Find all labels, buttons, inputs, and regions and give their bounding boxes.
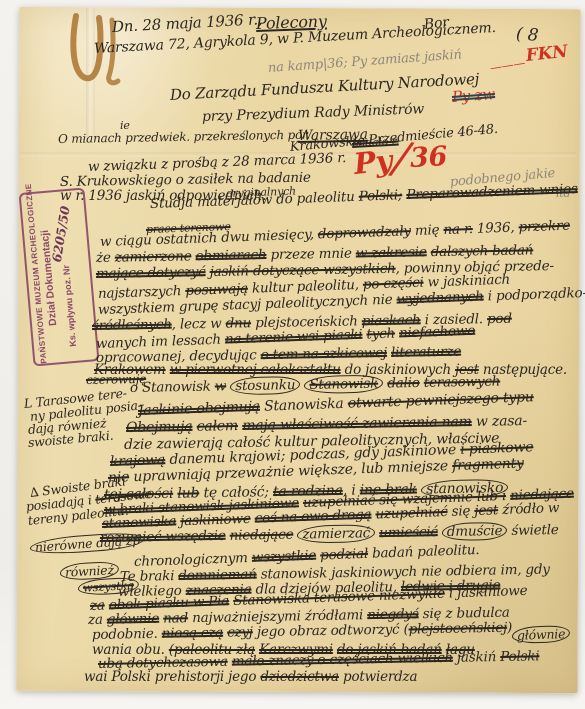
handwriting-line: wai Polski prehistorji jego dziedzictwa … [84,671,417,685]
handwriting-run: zamierzone [115,248,192,265]
handwriting-run: fragmenty [452,455,524,473]
handwriting-run: Jaskinie obejmują [138,399,260,419]
handwriting-run: dziedzictwa [260,669,339,685]
handwriting-run: Stanowiska [260,396,349,415]
handwriting-run: wai Polski prehistorji jego [84,669,260,685]
pencil-note: na kamp|36; Py zamiast jaskiń [268,48,463,75]
margin-note-3: nierówne dają zp [30,534,146,555]
handwriting-run: czyj [227,624,253,640]
handwriting-run: O mianach przedwiek. przekreślonych por. [58,128,310,146]
circled-word: Stanowisk [304,375,383,394]
handwriting-run: mało znaczy o częściach wielkich [232,650,453,670]
handwriting-run: i jaskiniowe [445,583,528,602]
handwriting-run: dalio [387,375,420,392]
handwriting-run: za [88,612,107,628]
handwriting-run: dalszych badań [431,242,534,260]
red-dash: ——— [489,57,526,74]
circled-word: zamierzać [297,524,375,543]
red-36: 36 [409,143,448,172]
red-py: Py [352,146,393,179]
handwriting-run: 36 [409,141,448,174]
handwriting-run: Polski; [358,187,402,205]
circled-word: nierówne dają zp [29,531,145,556]
margin-note-top: O mianach przedwiek. przekreślonych por. [58,129,310,145]
circled-word: dmuście [442,522,508,541]
handwriting-run: że [96,250,115,266]
handwriting-run: FKN [525,42,569,66]
handwriting-run: umieścić [379,524,438,541]
page-number-mark: ( 8 [515,26,539,45]
recipient-line-2: przy Prezydium Rady Ministrów [202,102,425,124]
recipient-line: Do Zarządu Funduszu Kultury Narodowej [170,72,480,103]
handwriting-run: niefachowo [399,323,476,342]
handwriting-run: , lecz w [172,316,226,333]
handwriting-run: otwarte pewniejszego typu [348,389,534,411]
handwriting-layer: Dn. 28 maja 1936 r.,PoleconyBor( 8Warsza… [0,0,585,709]
handwriting-run: podobnie. [92,626,162,643]
handwriting-run: obmiarach [195,247,266,264]
handwriting-run: uzupełniać [375,504,448,523]
handwriting-run: źródło w [498,500,560,518]
handwriting-run: doprowadzały [318,223,412,242]
handwriting-run: podział [320,546,368,564]
handwriting-run: ) [507,620,512,636]
handwriting-run: i podporządko- [483,285,585,305]
handwriting-run: badań paleolitu. [368,542,480,562]
date-line: Dn. 28 maja 1936 r., [112,12,263,35]
handwriting-run: jest [474,502,498,519]
handwriting-run: w pierwotnej całokształtu [170,362,341,378]
handwriting-run: przeze mnie [266,245,356,263]
handwriting-run: Preparowadzeniem wnios [406,181,578,203]
handwriting-line: wszystką [78,580,140,595]
handwriting-run: w zakresie [356,244,427,261]
handwriting-run: pod [487,311,512,327]
insertion-ie: ie [120,120,130,131]
handwriting-run: całem [197,418,239,435]
handwriting-run: wyjednanych [396,289,484,308]
handwriting-run: Py zw [451,85,495,106]
red-fkn: FKN [525,44,568,65]
handwriting-run: 1936, [473,219,519,237]
circled-right: głównie [512,628,571,643]
handwriting-run: mię [411,222,444,239]
handwriting-run: plejstoceńskiej [408,620,507,638]
handwriting-run: Obejmują [126,419,193,436]
handwriting-run: coś na owo drogą [254,507,371,527]
handwriting-run: niedające [230,527,294,544]
handwriting-run: świetle [507,522,558,539]
handwriting-run: potwierdza [339,669,417,685]
handwriting-run: na r. [443,221,473,238]
handwriting-run: dnu [225,315,251,331]
handwriting-run: mające dotyczyć [96,264,206,282]
handwriting-run: ( 8 [515,24,539,46]
handwriting-run: Polski [500,648,539,665]
handwriting-run: na terenie wsi piaski [225,327,363,348]
circled-left: również [60,564,119,580]
handwriting-run: jaskiniowe [180,511,251,529]
handwriting-run: niosą czą [162,625,224,642]
handwriting-run: terasowych [424,374,501,391]
handwriting-run: przekre [518,218,570,236]
circled-word: głównie [512,625,571,644]
red-crossed-note: Py zw [451,87,495,105]
handwriting-run: śródleśnych [92,317,172,334]
handwriting-run: jaskiń [453,649,501,666]
handwriting-run: literaturze [391,344,461,361]
handwriting-run: Do Zarządu Funduszu Kultury Narodowej [170,70,480,104]
scanned-document-page: PAŃSTWOWE MUZEUM ARCHEOLOGICZNE Dział Do… [0,0,585,709]
handwriting-run: Py [352,143,394,181]
handwriting-run: nad [163,610,188,626]
handwriting-run: w [215,378,227,394]
handwriting-run: przy Prezydium Rady Ministrów [202,101,425,125]
handwriting-run: ——— [489,56,526,75]
handwriting-run: tych [366,326,395,343]
handwriting-run: o tem na szkicowej [260,345,387,363]
handwriting-run: jego obraz odtworzyć ( [253,621,409,640]
handwriting-run: Dn. 28 maja 1936 r., [112,10,263,36]
handwriting-run: o Stanowisk [130,379,215,396]
handwriting-run: się [447,503,474,520]
handwriting-run: wszystkie [252,548,317,566]
circled-word: stosunku [230,376,300,395]
handwriting-run: w zasa- [472,413,528,430]
